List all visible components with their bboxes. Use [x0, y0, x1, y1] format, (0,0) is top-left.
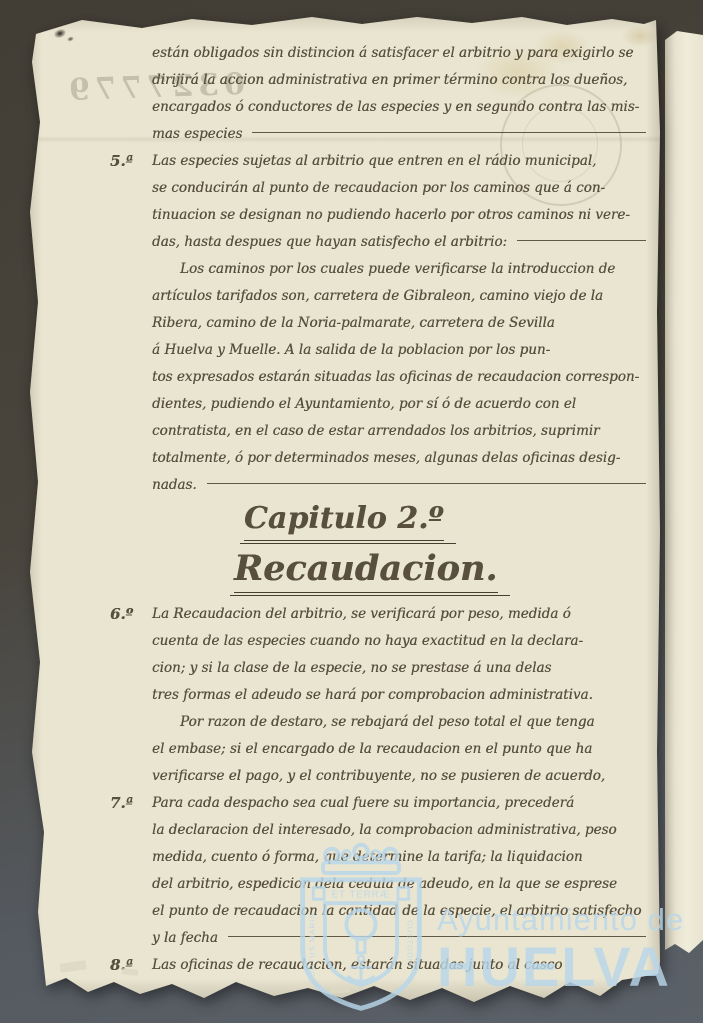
manuscript-line: contratista, en el caso de estar arrenda… — [152, 418, 648, 445]
paragraph-block: Los caminos por los cuales puede verific… — [152, 256, 648, 499]
manuscript-line: están obligados sin distincion á satisfa… — [152, 40, 648, 67]
manuscript-line: artículos tarifados son, carretera de Gi… — [152, 283, 648, 310]
manuscript-line: á Huelva y Muelle. A la salida de la pob… — [152, 337, 648, 364]
manuscript-line: dirijirá la accion administrativa en pri… — [152, 67, 648, 94]
manuscript-line: tinuacion se designan no pudiendo hacerl… — [152, 202, 648, 229]
flourish-rule — [207, 483, 646, 484]
paragraph-block: 7.ªPara cada despacho sea cual fuere su … — [152, 790, 648, 952]
manuscript-line: totalmente, ó por determinados meses, al… — [152, 445, 648, 472]
manuscript-line: tres formas el adeudo se hará por compro… — [152, 682, 648, 709]
paragraph-block: 5.ªLas especies sujetas al arbitrio que … — [152, 148, 648, 256]
flourish-rule — [228, 936, 646, 937]
manuscript-page: 0327779 están obligados sin distincion á… — [22, 12, 662, 1002]
manuscript-page-wrap: 0327779 están obligados sin distincion á… — [0, 0, 703, 1023]
paragraph-block: 8.ªLas oficinas de recaudacion, estarán … — [152, 952, 648, 979]
manuscript-line: cuenta de las especies cuando no haya ex… — [152, 628, 648, 655]
manuscript-line: Las especies sujetas al arbitrio que ent… — [152, 148, 648, 175]
item-number: 7.ª — [110, 794, 133, 812]
manuscript-line: cion; y si la clase de la especie, no se… — [152, 655, 648, 682]
chapter-heading: Capitulo 2.º — [240, 501, 648, 547]
flourish-rule — [252, 132, 646, 133]
manuscript-line: La Recaudacion del arbitrio, se verifica… — [152, 601, 648, 628]
manuscript-line: la declaracion del interesado, la compro… — [152, 817, 648, 844]
manuscript-line: Las oficinas de recaudacion, estarán sit… — [152, 952, 648, 979]
manuscript-line: Los caminos por los cuales puede verific… — [152, 256, 648, 283]
item-number: 5.ª — [110, 152, 133, 170]
text-blocks: están obligados sin distincion á satisfa… — [152, 40, 648, 979]
paragraph-block: Por razon de destaro, se rebajará del pe… — [152, 709, 648, 790]
manuscript-line: mas especies — [152, 121, 648, 148]
manuscript-line: Para cada despacho sea cual fuere su imp… — [152, 790, 648, 817]
flourish-rule — [517, 240, 646, 241]
manuscript-line: nadas. — [152, 472, 648, 499]
manuscript-line: dientes, pudiendo el Ayuntamiento, por s… — [152, 391, 648, 418]
manuscript-line: el punto de recaudacion la cantidad de l… — [152, 898, 648, 925]
manuscript-line: tos expresados estarán situadas las ofic… — [152, 364, 648, 391]
manuscript-line: das, hasta despues que hayan satisfecho … — [152, 229, 648, 256]
item-number: 6.º — [110, 605, 133, 623]
paragraph-block: están obligados sin distincion á satisfa… — [152, 40, 648, 148]
ink-smudge — [65, 35, 76, 44]
manuscript-line: encargados ó conductores de las especies… — [152, 94, 648, 121]
manuscript-line: del arbitrio, espedicion dela cedula de … — [152, 871, 648, 898]
manuscript-line: el embase; si el encargado de la recauda… — [152, 736, 648, 763]
scan-background: 0327779 están obligados sin distincion á… — [0, 0, 703, 1023]
manuscript-line: Ribera, camino de la Noria-palmarate, ca… — [152, 310, 648, 337]
manuscript-line: medida, cuento ó forma, que determine la… — [152, 844, 648, 871]
paragraph-block: 6.ºLa Recaudacion del arbitrio, se verif… — [152, 601, 648, 709]
section-heading: Recaudacion. — [230, 549, 648, 601]
manuscript-line: y la fecha — [152, 925, 648, 952]
manuscript-line: verificarse el pago, y el contribuyente,… — [152, 763, 648, 790]
manuscript-line: se conducirán al punto de recaudacion po… — [152, 175, 648, 202]
manuscript-line: Por razon de destaro, se rebajará del pe… — [152, 709, 648, 736]
